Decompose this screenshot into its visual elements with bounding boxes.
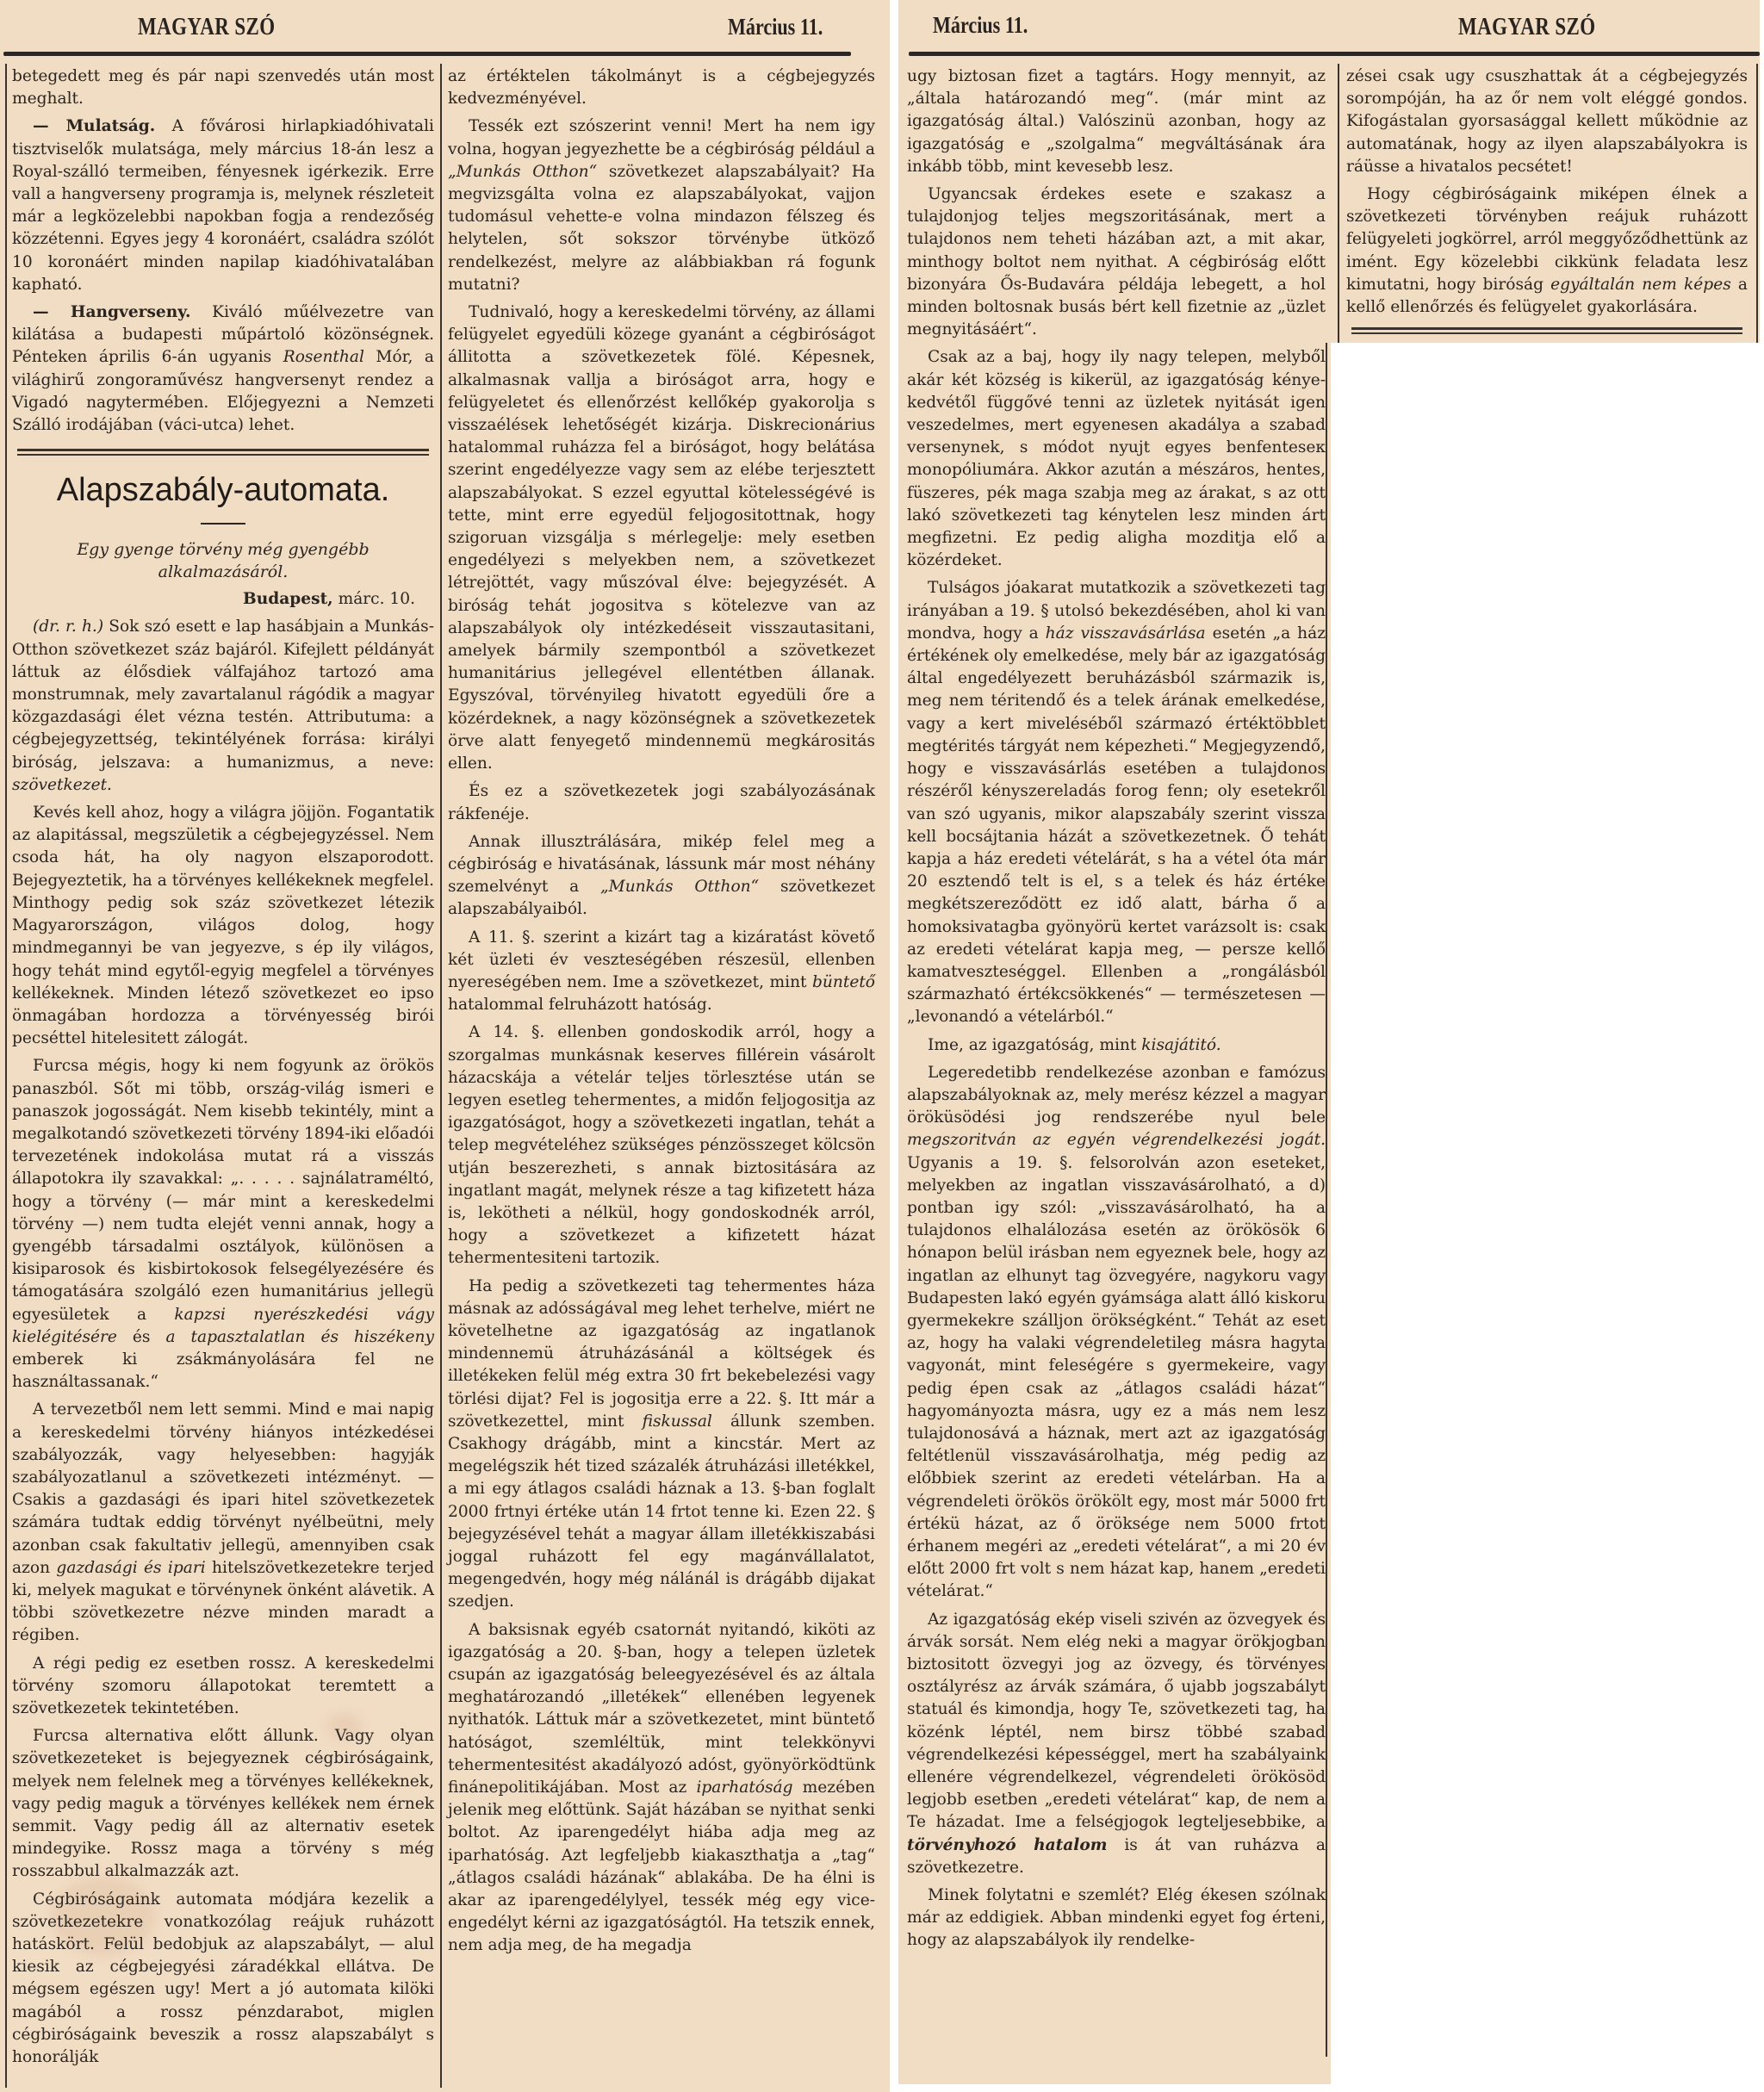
column-border-right (1756, 64, 1758, 343)
paragraph: Ime, az igazgatóság, mint kisajátitó. (907, 1034, 1326, 1057)
paragraph: Legeredetibb rendelkezése azonban e famó… (907, 1062, 1326, 1604)
paragraph: Tudnivaló, hogy a kereskedelmi törvény, … (448, 301, 875, 775)
column-divider (1338, 64, 1339, 343)
news-heading: — Mulatság. (33, 117, 155, 135)
paragraph: Furcsa alternativa előtt állunk. Vagy ol… (12, 1725, 434, 1883)
paragraph: Ha pedig a szövetkezeti tag tehermentes … (448, 1276, 875, 1614)
paragraph: Az igazgatóság ekép viseli szivén az özv… (907, 1609, 1326, 1879)
column-border-left (5, 64, 7, 2088)
masthead: MAGYAR SZÓ (138, 14, 276, 41)
paragraph: Tulságos jóakarat mutatkozik a szövetkez… (907, 577, 1326, 1028)
paragraph: Furcsa mégis, hogy ki nem fogyunk az örö… (12, 1055, 434, 1394)
paragraph: A baksisnak egyéb csatornát nyitandó, ki… (448, 1619, 875, 1958)
byline: Budapest, márc. 10. (12, 588, 434, 611)
paragraph: Minek folytatni e szemlét? Elég ékesen s… (907, 1884, 1326, 1952)
section-separator (17, 449, 429, 456)
paragraph: Kevés kell ahoz, hogy a világra jöjjön. … (12, 802, 434, 1050)
news-heading: — Hangverseny. (33, 303, 190, 321)
news-item-hangverseny: — Hangverseny. Kiváló műélvezetre van ki… (12, 301, 434, 437)
column-a: ugy biztosan fizet a tagtárs. Hogy menny… (907, 65, 1326, 1958)
paragraph: Cégbiróságaink automata módjára kezelik … (12, 1889, 434, 2070)
column-1: betegedett meg és pár napi szenvedés utá… (12, 65, 434, 2074)
issue-date: Március 11. (933, 12, 1028, 39)
paragraph: betegedett meg és pár napi szenvedés utá… (12, 65, 434, 110)
column-2: az értéktelen tákolmányt is a cégbejegyz… (448, 65, 875, 1963)
masthead: MAGYAR SZÓ (1458, 14, 1596, 41)
header-rule (3, 52, 851, 56)
paragraph: Annak illusztrálására, mikép felel meg a… (448, 831, 875, 922)
paragraph: A 11. §. szerint a kizárt tag a kizáratá… (448, 927, 875, 1017)
author-initials: (dr. r. h.) (33, 618, 103, 636)
paragraph: (dr. r. h.) Sok szó esett e lap hasábjai… (12, 616, 434, 797)
newspaper-page-left: MAGYAR SZÓ Március 11. betegedett meg és… (0, 0, 890, 2092)
issue-date: Március 11. (728, 14, 823, 40)
column-b: zései csak ugy csuszhattak át a cégbejeg… (1346, 65, 1748, 348)
paragraph: ugy biztosan fizet a tagtárs. Hogy menny… (907, 65, 1326, 178)
news-item-mulatsag: — Mulatság. A fővárosi hirlapkiadóhivata… (12, 115, 434, 296)
article-subtitle: Egy gyenge törvény még gyengébb alkalmaz… (12, 538, 434, 583)
article-title: Alapszabály-automata. (12, 469, 434, 511)
paragraph: Ugyancsak érdekes esete e szakasz a tula… (907, 183, 1326, 341)
paragraph: A 14. §. ellenben gondoskodik arról, hog… (448, 1021, 875, 1269)
paragraph: És ez a szövetkezetek jogi szabályozásán… (448, 780, 875, 825)
paragraph: A tervezetből nem lett semmi. Mind e mai… (12, 1399, 434, 1647)
paragraph: az értéktelen tákolmányt is a cégbejegyz… (448, 65, 875, 110)
title-dash (201, 523, 245, 525)
column-border-right (1326, 343, 1327, 2057)
paragraph: A régi pedig ez esetben rossz. A kereske… (12, 1653, 434, 1721)
paragraph: Hogy cégbiróságaink miképen élnek a szöv… (1346, 183, 1748, 319)
section-separator (1351, 327, 1742, 334)
paragraph: zései csak ugy csuszhattak át a cégbejeg… (1346, 65, 1748, 178)
column-divider (440, 64, 442, 2088)
header-rule (909, 52, 1760, 56)
paragraph: Tessék ezt szószerint venni! Mert ha nem… (448, 115, 875, 296)
paragraph: Csak az a baj, hogy ily nagy telepen, me… (907, 346, 1326, 572)
